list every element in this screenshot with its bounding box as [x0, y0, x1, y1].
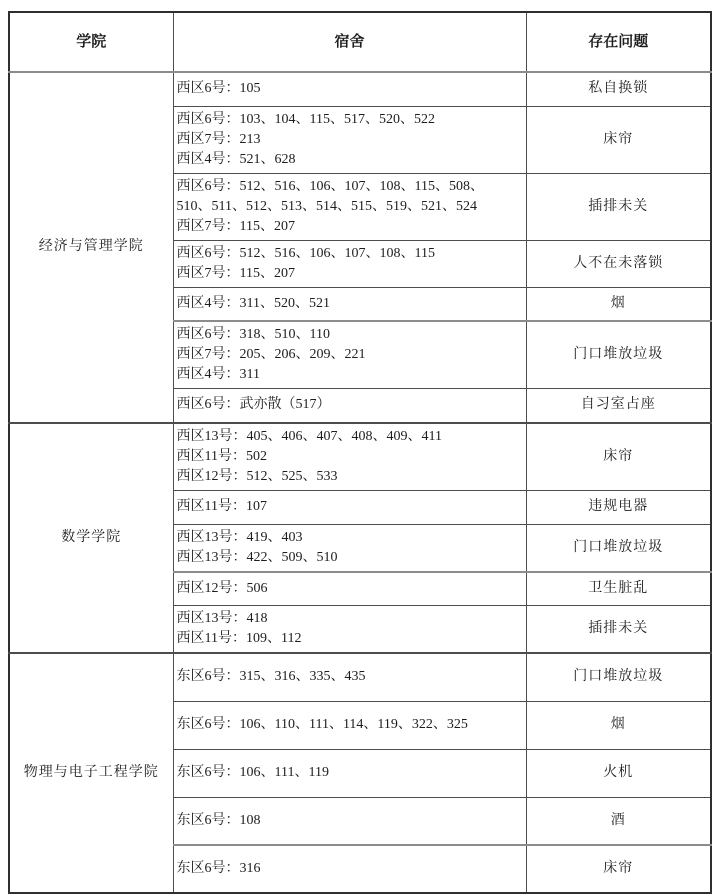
- dorm-list-cell: 东区6号：106、111、119: [173, 749, 526, 797]
- college-section: 数学学院西区13号：405、406、407、408、409、411西区11号：5…: [9, 423, 711, 654]
- dorm-list-cell: 西区13号：405、406、407、408、409、411西区11号：502西区…: [173, 423, 526, 491]
- dorm-line: 西区13号：419、403: [177, 528, 518, 548]
- dorm-list-cell: 西区6号：105: [173, 72, 526, 106]
- issue-cell: 床帘: [526, 423, 711, 491]
- dorm-line: 东区6号：316: [177, 859, 518, 879]
- issue-cell: 门口堆放垃圾: [526, 321, 711, 389]
- dorm-line: 西区7号：205、206、209、221: [177, 345, 518, 365]
- table-header: 学院 宿舍 存在问题: [9, 12, 711, 72]
- dorm-line: 西区7号：115、207: [177, 217, 518, 237]
- issue-cell: 私自换锁: [526, 72, 711, 106]
- college-name-cell: 数学学院: [9, 423, 173, 654]
- issue-cell: 插排未关: [526, 606, 711, 654]
- dorm-line: 西区13号：418: [177, 609, 518, 629]
- dorm-line: 西区12号：506: [177, 579, 518, 599]
- dorm-line: 西区6号：512、516、106、107、108、115、508、510、511…: [177, 177, 518, 217]
- college-name-cell: 经济与管理学院: [9, 72, 173, 423]
- dorm-list-cell: 西区6号：武亦散（517）: [173, 389, 526, 423]
- dorm-line: 西区4号：311: [177, 365, 518, 385]
- issue-cell: 门口堆放垃圾: [526, 653, 711, 701]
- table-row: 经济与管理学院西区6号：105私自换锁: [9, 72, 711, 106]
- dorm-line: 西区6号：512、516、106、107、108、115: [177, 244, 518, 264]
- dorm-line: 西区13号：405、406、407、408、409、411: [177, 427, 518, 447]
- dorm-list-cell: 东区6号：108: [173, 797, 526, 845]
- issue-cell: 卫生脏乱: [526, 572, 711, 606]
- dorm-line: 西区13号：422、509、510: [177, 548, 518, 568]
- issue-cell: 违规电器: [526, 490, 711, 524]
- dorm-line: 西区6号：武亦散（517）: [177, 395, 518, 415]
- dorm-list-cell: 西区13号：418西区11号：109、112: [173, 606, 526, 654]
- dorm-list-cell: 西区6号：103、104、115、517、520、522西区7号：213西区4号…: [173, 106, 526, 173]
- issue-cell: 酒: [526, 797, 711, 845]
- issue-cell: 床帘: [526, 845, 711, 893]
- table-row: 数学学院西区13号：405、406、407、408、409、411西区11号：5…: [9, 423, 711, 491]
- college-name-cell: 物理与电子工程学院: [9, 653, 173, 893]
- issue-cell: 插排未关: [526, 173, 711, 240]
- dorm-list-cell: 西区6号：318、510、110西区7号：205、206、209、221西区4号…: [173, 321, 526, 389]
- dorm-list-cell: 西区13号：419、403西区13号：422、509、510: [173, 524, 526, 572]
- dorm-line: 西区6号：103、104、115、517、520、522: [177, 110, 518, 130]
- issue-cell: 烟: [526, 701, 711, 749]
- issue-cell: 烟: [526, 287, 711, 321]
- dorm-line: 西区6号：105: [177, 79, 518, 99]
- issue-cell: 火机: [526, 749, 711, 797]
- issue-cell: 门口堆放垃圾: [526, 524, 711, 572]
- dorm-line: 西区7号：213: [177, 130, 518, 150]
- dorm-line: 西区6号：318、510、110: [177, 325, 518, 345]
- dorm-line: 东区6号：106、111、119: [177, 763, 518, 783]
- dorm-list-cell: 东区6号：315、316、335、435: [173, 653, 526, 701]
- dorm-list-cell: 西区6号：512、516、106、107、108、115、508、510、511…: [173, 173, 526, 240]
- dorm-list-cell: 东区6号：316: [173, 845, 526, 893]
- dorm-list-cell: 西区11号：107: [173, 490, 526, 524]
- table-row: 物理与电子工程学院东区6号：315、316、335、435门口堆放垃圾: [9, 653, 711, 701]
- dorm-line: 西区7号：115、207: [177, 264, 518, 284]
- dorm-line: 东区6号：106、110、111、114、119、322、325: [177, 715, 518, 735]
- dorm-list-cell: 东区6号：106、110、111、114、119、322、325: [173, 701, 526, 749]
- dorm-line: 西区12号：512、525、533: [177, 467, 518, 487]
- dorm-line: 东区6号：315、316、335、435: [177, 667, 518, 687]
- issue-cell: 人不在未落锁: [526, 240, 711, 287]
- dorm-list-cell: 西区4号：311、520、521: [173, 287, 526, 321]
- dorm-list-cell: 西区12号：506: [173, 572, 526, 606]
- dorm-list-cell: 西区6号：512、516、106、107、108、115西区7号：115、207: [173, 240, 526, 287]
- dorm-line: 西区11号：109、112: [177, 629, 518, 649]
- dorm-line: 西区4号：521、628: [177, 150, 518, 170]
- issue-cell: 自习室占座: [526, 389, 711, 423]
- dorm-inspection-table: 学院 宿舍 存在问题 经济与管理学院西区6号：105私自换锁西区6号：103、1…: [8, 11, 712, 894]
- header-issue: 存在问题: [526, 12, 711, 72]
- header-dorm: 宿舍: [173, 12, 526, 72]
- header-college: 学院: [9, 12, 173, 72]
- dorm-line: 东区6号：108: [177, 811, 518, 831]
- dorm-line: 西区4号：311、520、521: [177, 294, 518, 314]
- document-page: 学院 宿舍 存在问题 经济与管理学院西区6号：105私自换锁西区6号：103、1…: [0, 0, 722, 894]
- issue-cell: 床帘: [526, 106, 711, 173]
- header-row: 学院 宿舍 存在问题: [9, 12, 711, 72]
- college-section: 经济与管理学院西区6号：105私自换锁西区6号：103、104、115、517、…: [9, 72, 711, 423]
- dorm-line: 西区11号：502: [177, 447, 518, 467]
- college-section: 物理与电子工程学院东区6号：315、316、335、435门口堆放垃圾东区6号：…: [9, 653, 711, 893]
- dorm-line: 西区11号：107: [177, 497, 518, 517]
